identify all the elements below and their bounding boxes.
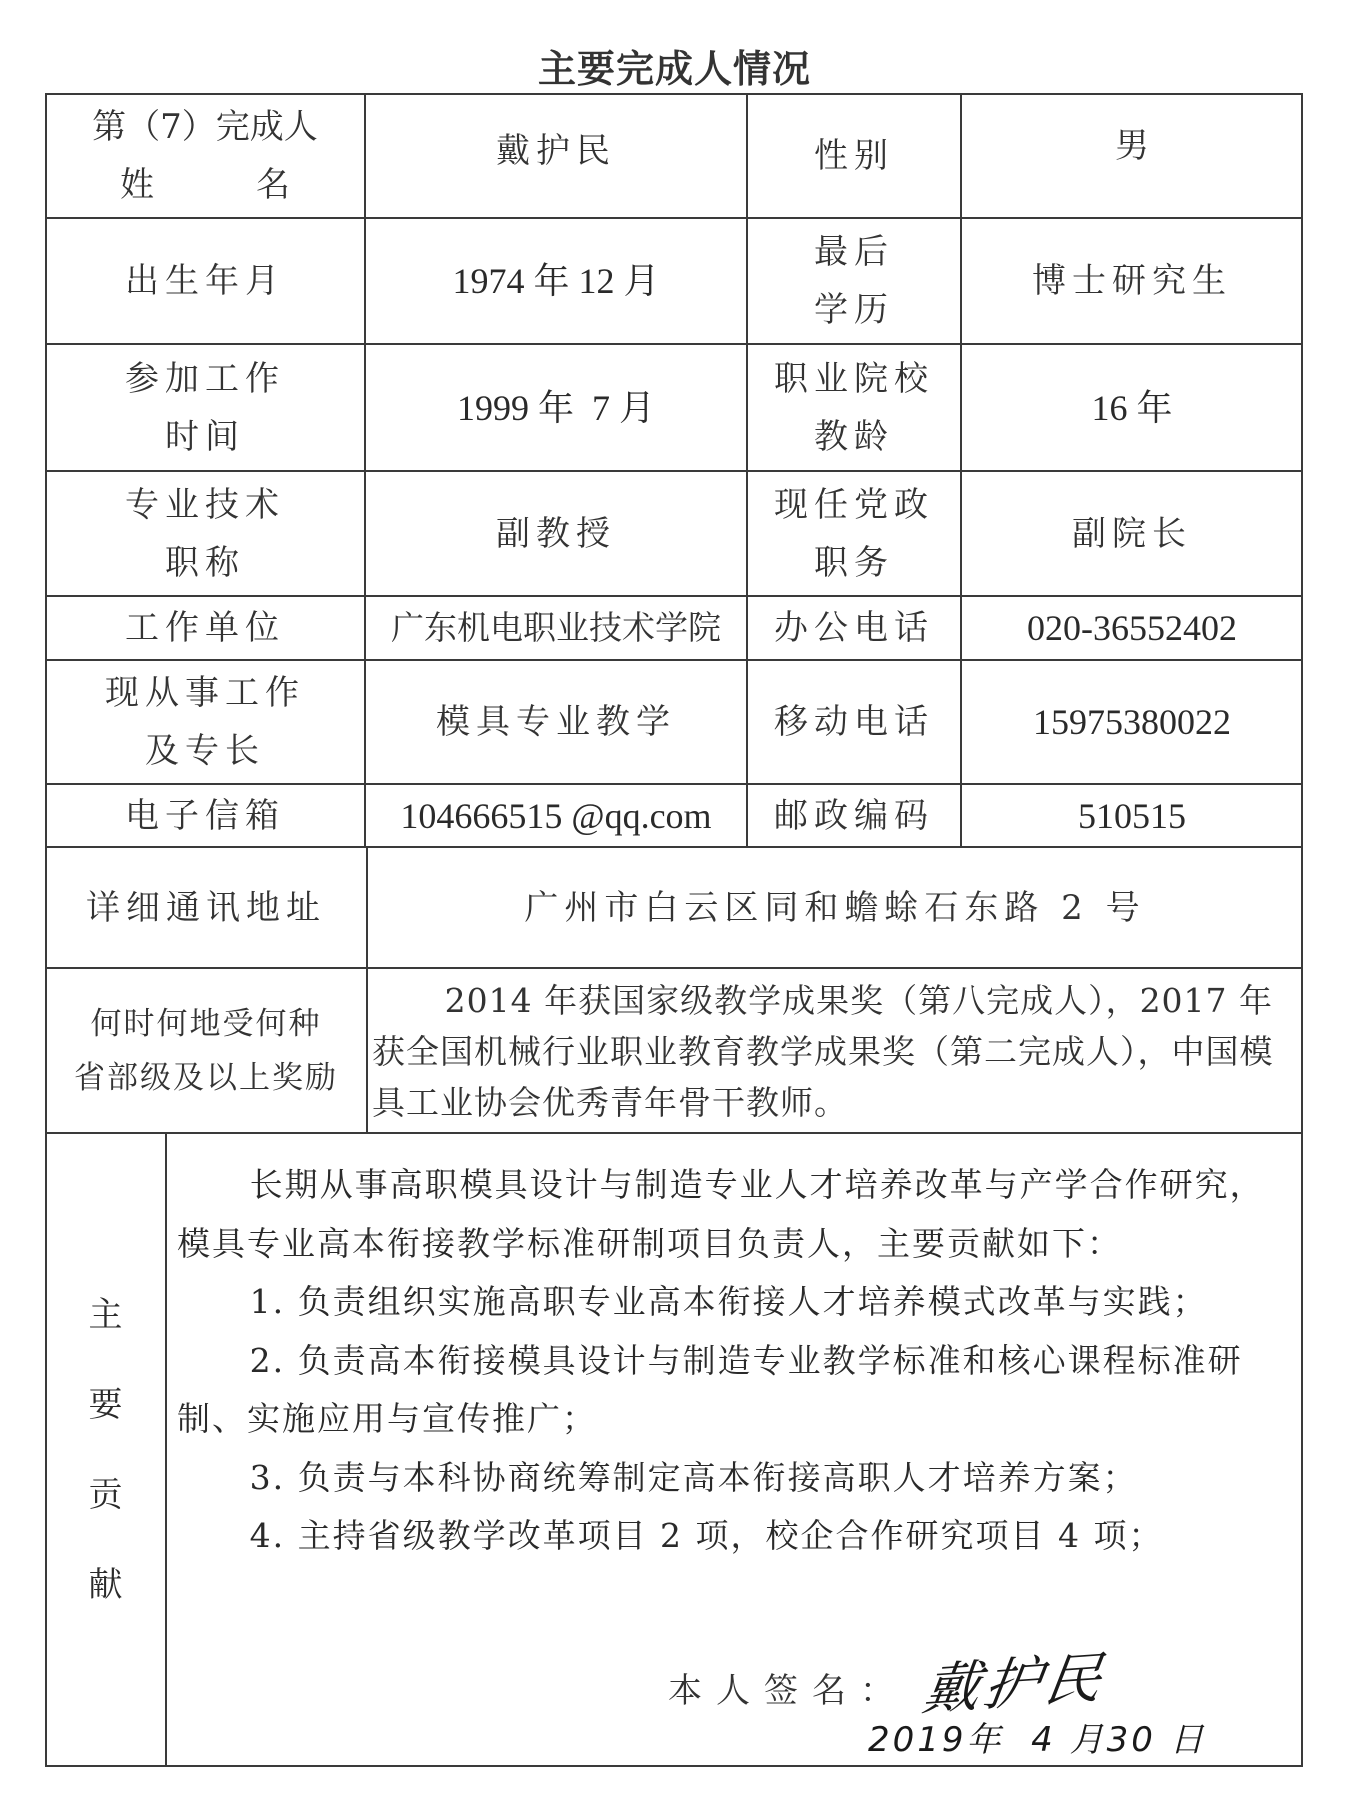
current-work-text: 模具专业教学 [436,693,676,751]
postcode-text: 510515 [1078,787,1186,845]
office-phone-label-text: 办公电话 [774,599,934,657]
current-work-label-line1: 现从事工作 [105,664,305,722]
work-start-label-line1: 参加工作 [125,350,285,408]
work-start-label-line2: 时间 [165,408,245,466]
postcode-label-text: 邮政编码 [774,787,934,845]
contribution-item: 4. 主持省级教学改革项目 2 项，校企合作研究项目 4 项； [177,1507,1294,1566]
work-start-value: 1999 年 7 月 [366,345,748,472]
address-label-text: 详细通讯地址 [86,879,326,937]
postcode-label: 邮政编码 [748,785,962,848]
signature-label: 本人签名： [668,1663,908,1712]
gender-value: 男 [962,94,1302,219]
prof-title-label-line2: 职称 [165,534,245,592]
contribution-label-char: 献 [89,1540,123,1630]
employer-label-text: 工作单位 [125,599,285,657]
office-phone-text: 020-36552402 [1027,599,1237,657]
address-value: 广州市白云区同和蟾蜍石东路 2 号 [368,848,1302,969]
current-work-value: 模具专业教学 [366,661,748,785]
prof-title-label: 专业技术 职称 [46,472,366,597]
position-value: 副院长 [962,472,1302,597]
teaching-years-label-line2: 教龄 [814,408,894,466]
employer-label: 工作单位 [46,597,366,661]
email-value: 104666515 @qq.com [366,785,748,848]
gender-text: 男 [1115,117,1149,175]
awards-label-line2: 省部级及以上奖励 [74,1051,338,1105]
teaching-years-value: 16 年 [962,345,1302,472]
address-label: 详细通讯地址 [46,848,368,969]
awards-label: 何时何地受何种 省部级及以上奖励 [46,969,368,1134]
prof-title-label-line1: 专业技术 [125,476,285,534]
office-phone-label: 办公电话 [748,597,962,661]
prof-title-value: 副教授 [366,472,748,597]
email-label-text: 电子信箱 [125,787,285,845]
work-start-label: 参加工作 时间 [46,345,366,472]
contribution-label-char: 贡 [89,1450,123,1540]
contribution-item: 2. 负责高本衔接模具设计与制造专业教学标准和核心课程标准研制、实施应用与宣传推… [177,1332,1294,1449]
contribution-label-char: 主 [89,1270,123,1360]
mobile-text: 15975380022 [1033,693,1231,751]
sign-date: 2019年 4 月30 日 [868,1712,1207,1761]
prof-title-text: 副教授 [496,505,616,563]
rank-name-label-cell: 第（7）完成人 姓 名 [46,94,366,219]
position-label-line2: 职务 [814,534,894,592]
birth-label: 出生年月 [46,219,366,345]
contribution-label-char: 要 [89,1360,123,1450]
name-text: 戴护民 [496,122,616,180]
position-label: 现任党政 职务 [748,472,962,597]
education-value: 博士研究生 [962,219,1302,345]
teaching-years-text: 16 年 [1091,379,1172,437]
teaching-years-label-line1: 职业院校 [774,350,934,408]
name-label: 姓 名 [120,156,290,214]
birth-text: 1974 年 12 月 [452,252,659,310]
position-label-line1: 现任党政 [774,476,934,534]
gender-label-text: 性别 [814,127,894,185]
mobile-value: 15975380022 [962,661,1302,785]
gender-label: 性别 [748,94,962,219]
mobile-label-text: 移动电话 [774,693,934,751]
rank-label: 第（7）完成人 [92,98,318,156]
education-text: 博士研究生 [1032,252,1232,310]
work-start-text: 1999 年 7 月 [457,379,655,437]
birth-label-text: 出生年月 [125,252,285,310]
name-value: 戴护民 [366,94,748,219]
employer-text: 广东机电职业技术学院 [391,599,721,657]
address-text: 广州市白云区同和蟾蜍石东路 2 号 [524,879,1145,937]
education-label-line1: 最后 [814,223,894,281]
education-label: 最后 学历 [748,219,962,345]
contribution-item: 1. 负责组织实施高职专业高本衔接人才培养模式改革与实践； [177,1273,1294,1332]
email-text: 104666515 @qq.com [400,787,711,845]
awards-label-line1: 何时何地受何种 [91,997,322,1051]
mobile-label: 移动电话 [748,661,962,785]
contribution-item: 3. 负责与本科协商统筹制定高本衔接高职人才培养方案； [177,1449,1294,1508]
contribution-paragraph: 长期从事高职模具设计与制造专业人才培养改革与产学合作研究，模具专业高本衔接教学标… [177,1156,1294,1273]
awards-text: 2014 年获国家级教学成果奖（第八完成人），2017 年获全国机械行业职业教育… [372,975,1298,1128]
current-work-label: 现从事工作 及专长 [46,661,366,785]
education-label-line2: 学历 [814,281,894,339]
office-phone-value: 020-36552402 [962,597,1302,661]
teaching-years-label: 职业院校 教龄 [748,345,962,472]
postcode-value: 510515 [962,785,1302,848]
employer-value: 广东机电职业技术学院 [366,597,748,661]
email-label: 电子信箱 [46,785,366,848]
position-text: 副院长 [1072,505,1192,563]
birth-value: 1974 年 12 月 [366,219,748,345]
page-title: 主要完成人情况 [0,38,1349,93]
awards-value: 2014 年获国家级教学成果奖（第八完成人），2017 年获全国机械行业职业教育… [368,969,1302,1134]
contribution-label: 主 要 贡 献 [46,1134,167,1765]
current-work-label-line2: 及专长 [145,722,265,780]
